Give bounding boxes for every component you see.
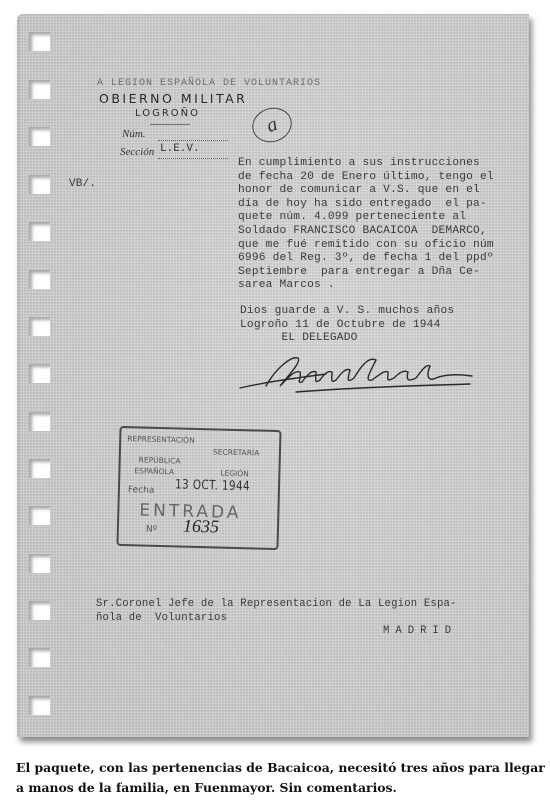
num-line bbox=[158, 128, 228, 141]
letter-body-line: Soldado FRANCISCO BACAICOA DEMARCO, bbox=[238, 225, 494, 239]
binder-hole bbox=[29, 175, 50, 194]
letter-closing-line: Logroño 11 de Octubre de 1944 bbox=[240, 319, 454, 333]
binder-hole bbox=[29, 80, 50, 99]
stamp-line-5: LEGIÓN bbox=[220, 469, 249, 479]
entry-stamp: REPRESENTACIÓN SECRETARÍA REPÚBLICA ESPA… bbox=[116, 426, 281, 550]
stamp-date-label: Fecha bbox=[128, 485, 155, 496]
binder-hole bbox=[29, 317, 50, 336]
letter-body-line: En cumplimiento a sus instrucciones bbox=[238, 157, 494, 171]
letter-closing-line: EL DELEGADO bbox=[240, 332, 454, 346]
binder-hole bbox=[29, 32, 50, 51]
letterhead-city: LOGROÑO bbox=[135, 108, 200, 119]
addressee-line: Sr.Coronel Jefe de la Representacion de … bbox=[96, 598, 457, 612]
binder-hole bbox=[29, 364, 50, 383]
letter-closing-line: Dios guarde a V. S. muchos años bbox=[240, 305, 454, 319]
stamp-number: 1635 bbox=[183, 516, 220, 538]
letter-body-line: quete núm. 4.099 perteneciente al bbox=[238, 211, 494, 225]
binder-hole bbox=[29, 506, 50, 525]
section-value: L.E.V. bbox=[160, 143, 200, 155]
addressee: Sr.Coronel Jefe de la Representacion de … bbox=[96, 598, 457, 625]
binder-hole bbox=[29, 554, 50, 573]
addressee-line: ñola de Voluntarios bbox=[96, 612, 457, 626]
letter-body-line: día de hoy ha sido entregado el pa- bbox=[238, 198, 494, 212]
letterhead-organization: A LEGION ESPAÑOLA DE VOLUNTARIOS bbox=[97, 78, 321, 89]
letter-body: En cumplimiento a sus instruccionesde fe… bbox=[238, 157, 494, 293]
binder-hole bbox=[29, 696, 50, 715]
margin-note: VB/. bbox=[69, 178, 96, 190]
letter-body-line: Septiembre para entregar a Dña Ce- bbox=[238, 266, 494, 280]
letter-body-line: sarea Marcos . bbox=[238, 279, 494, 293]
letterhead-office: OBIERNO MILITAR bbox=[99, 91, 247, 106]
letter-body-line: que me fué remitido con su oficio núm bbox=[238, 239, 494, 253]
photo-caption: El paquete, con las pertenencias de Baca… bbox=[16, 758, 546, 798]
stamp-date: 13 OCT. 1944 bbox=[175, 477, 250, 494]
letter-body-line: de fecha 20 de Enero último, tengo el bbox=[238, 171, 494, 185]
stamp-line-2: SECRETARÍA bbox=[213, 447, 260, 457]
section-label: Sección bbox=[120, 146, 154, 158]
binder-hole bbox=[29, 648, 50, 667]
binder-hole bbox=[29, 412, 50, 431]
addressee-city: MADRID bbox=[383, 625, 457, 637]
binder-hole bbox=[29, 222, 50, 241]
stamp-line-1: REPRESENTACIÓN bbox=[127, 434, 195, 445]
binder-hole bbox=[29, 127, 50, 146]
signature bbox=[236, 348, 476, 396]
letter-closing: Dios guarde a V. S. muchos añosLogroño 1… bbox=[240, 305, 454, 346]
binder-hole bbox=[29, 270, 50, 289]
stamp-line-4: ESPAÑOLA bbox=[134, 466, 174, 476]
stamp-line-3: REPÚBLICA bbox=[139, 455, 181, 465]
stamp-number-label: Nº bbox=[146, 525, 157, 535]
letterhead-rule bbox=[150, 124, 190, 125]
letter-body-line: honor de comunicar a V.S. que en el bbox=[238, 184, 494, 198]
circled-letter: a bbox=[264, 113, 281, 138]
letter-body-line: 6996 del Reg. 3º, de fecha 1 del ppdº bbox=[238, 252, 494, 266]
binder-hole bbox=[29, 459, 50, 478]
num-label: Núm. bbox=[122, 128, 146, 140]
binder-hole bbox=[29, 601, 50, 620]
